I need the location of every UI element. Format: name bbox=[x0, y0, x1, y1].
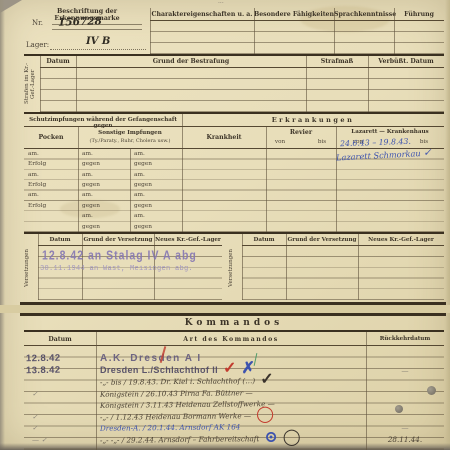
col-lazarett: Lazarett — Krankenhaus bbox=[336, 129, 444, 135]
impf-header-row: Pocken Sonstige Impfungen (Ty./Paraty., … bbox=[24, 127, 182, 149]
impf-row: am.am. bbox=[24, 211, 182, 221]
strafen-table: Datum Grund der Bestrafung Strafmaß Verb… bbox=[40, 56, 444, 112]
kommando-row: -„- bis / 19.8.43. Dr. Kiel i. Schlachth… bbox=[24, 369, 444, 381]
erkrankungen-row-lines bbox=[182, 149, 444, 232]
col-art-des-kommandos: Art des Kommandos bbox=[96, 336, 366, 343]
strafen-side-label: Strafen im Kr.-Gef.-Lager bbox=[24, 58, 38, 110]
transfers-header-row: Datum Grund der Versetzung Neues Kr.-Gef… bbox=[242, 234, 444, 246]
kommando-row: — ✓-„- -„- / 29.2.44. Arnsdorf – Fahrber… bbox=[24, 427, 444, 439]
kommando-row: 12.8.42A.K. Dresden A I bbox=[24, 346, 444, 358]
tag-number-value: 156728 bbox=[58, 15, 102, 29]
nr-label: Nr. bbox=[32, 19, 43, 27]
strafen-col-header: Verbüßt. Datum bbox=[368, 58, 444, 65]
traits-col-header: Führung bbox=[394, 11, 444, 18]
check-mark: ✓ bbox=[423, 148, 432, 159]
empty-ruled-rows bbox=[40, 68, 444, 112]
impf-cell-label: gegen bbox=[82, 161, 100, 167]
traits-col-header: Sprachkenntnisse bbox=[334, 11, 394, 18]
punch-hole bbox=[395, 405, 403, 413]
strafen-header-row: Datum Grund der Bestrafung Strafmaß Verb… bbox=[40, 56, 444, 68]
impf-row: Erfolggegengegen bbox=[24, 159, 182, 169]
empty-ruled-rows bbox=[150, 21, 444, 54]
col-neues-lager: Neues Kr.-Gef.-Lager bbox=[358, 237, 444, 243]
impf-cell-label: gegen bbox=[82, 203, 100, 209]
impf-cell-label: am. bbox=[134, 213, 145, 219]
impf-col-sonstige-sub: (Ty./Paraty., Ruhr, Cholera usw.) bbox=[78, 138, 182, 144]
kommando-row: 13.8.42Dresden L./Schlachthof II✓✗— bbox=[24, 358, 444, 370]
impf-row: gegengegen bbox=[24, 222, 182, 232]
versetzungen-side-label-left: Versetzungen bbox=[24, 240, 36, 296]
impf-cell-label: Erfolg bbox=[28, 203, 46, 209]
lager-value: IV B bbox=[86, 36, 110, 47]
impf-row: Erfolggegengegen bbox=[24, 180, 182, 190]
col-grund: Grund der Versetzung bbox=[82, 237, 154, 243]
impf-cell-label: gegen bbox=[82, 224, 100, 230]
identity-tag-box: Beschriftung der Erkennungsmarke Nr. 156… bbox=[24, 8, 150, 54]
staple-mark: ··· bbox=[218, 2, 232, 5]
impf-rows: am.am.am.Erfolggegengegenam.am.am.Erfolg… bbox=[24, 149, 182, 232]
transfers-section: Versetzungen Datum Grund der Versetzung … bbox=[24, 234, 444, 300]
bis-label: bis bbox=[414, 139, 434, 145]
col-revier: Revier bbox=[266, 129, 336, 136]
impf-cell-label: am. bbox=[82, 213, 93, 219]
impf-cell-label: gegen bbox=[134, 203, 152, 209]
impf-cell-label: am. bbox=[28, 151, 39, 157]
kommando-row: ✓Königstein / 26.10.43 Pirna Fa. Büttner… bbox=[24, 381, 444, 393]
impf-cell-label: am. bbox=[134, 172, 145, 178]
left-scan-edge bbox=[0, 0, 5, 450]
impf-cell-label: gegen bbox=[134, 161, 152, 167]
right-scan-edge bbox=[445, 0, 450, 450]
impf-cell-label: am. bbox=[28, 172, 39, 178]
col-grund: Grund der Versetzung bbox=[286, 237, 358, 243]
von-label: von bbox=[270, 139, 290, 145]
impf-cell-label: gegen bbox=[134, 182, 152, 188]
bis-label: bis bbox=[312, 139, 332, 145]
impf-cell-label: am. bbox=[28, 192, 39, 198]
fold-gap bbox=[0, 305, 450, 313]
kommandos-section: Kommandos Datum Art des Kommandos Rückke… bbox=[24, 316, 444, 450]
impf-cell-label: gegen bbox=[134, 224, 152, 230]
strafen-col-header: Datum bbox=[40, 58, 76, 65]
transfer-stamp-stalag: 12.8.42 an Stalag IV A abg bbox=[42, 248, 197, 263]
traits-header-row: Charaktereigenschaften u. a. Besondere F… bbox=[150, 8, 444, 21]
transfers-header-row: Datum Grund der Versetzung Neues Kr.-Gef… bbox=[38, 234, 222, 246]
traits-col-header: Charaktereigenschaften u. a. bbox=[150, 11, 254, 18]
strafen-col-header: Grund der Bestrafung bbox=[76, 58, 306, 65]
impf-cell-label: am. bbox=[82, 172, 93, 178]
impf-title-row: Schutzimpfungen während der Gefangenscha… bbox=[24, 114, 182, 127]
transfer-stamp-wast: 30.11.1944 an Wast, Meisingen abg. bbox=[40, 265, 193, 273]
erkrankungen-title-row: Erkrankungen bbox=[182, 114, 444, 127]
impf-cell-label: Erfolg bbox=[28, 182, 46, 188]
col-neues-lager: Neues Kr.-Gef.-Lager bbox=[154, 237, 222, 243]
col-krankheit: Krankheit bbox=[182, 134, 266, 141]
traits-table: Charaktereigenschaften u. a. Besondere F… bbox=[150, 8, 444, 54]
col-rueckkehrdatum: Rückkehrdatum bbox=[366, 336, 444, 342]
versetzungen-side-label-right: Versetzungen bbox=[228, 240, 240, 296]
empty-ruled-rows bbox=[242, 246, 444, 300]
ruled-line bbox=[52, 29, 142, 30]
impf-row: am.am.am. bbox=[24, 190, 182, 200]
kommandos-title: Kommandos bbox=[24, 316, 444, 328]
lager-label: Lager: bbox=[26, 41, 49, 49]
col-datum: Datum bbox=[242, 237, 286, 243]
punch-hole bbox=[427, 386, 436, 395]
impf-cell-label: am. bbox=[134, 192, 145, 198]
kommandos-rows: 12.8.42A.K. Dresden A I13.8.42Dresden L.… bbox=[24, 346, 444, 450]
impf-cell-label: am. bbox=[82, 192, 93, 198]
impf-col-pocken: Pocken bbox=[24, 134, 78, 141]
impf-row: Erfolggegengegen bbox=[24, 201, 182, 211]
impf-row: am.am.am. bbox=[24, 170, 182, 180]
impf-cell-label: am. bbox=[82, 151, 93, 157]
kommando-row: ✓-„- / 1.12.43 Heidenau Bormann Werke —◯ bbox=[24, 404, 444, 416]
scanned-pow-record-card: ··· Beschriftung der Erkennungsmarke Nr.… bbox=[0, 0, 450, 450]
transfers-table-left: Datum Grund der Versetzung Neues Kr.-Gef… bbox=[38, 234, 222, 300]
transfers-table-right: Datum Grund der Versetzung Neues Kr.-Gef… bbox=[242, 234, 444, 300]
kommando-row: ✓Dresden-A. / 20.1.44. Arnsdorf AK 164— bbox=[24, 415, 444, 427]
erkrankungen-title: Erkrankungen bbox=[182, 114, 444, 124]
dotted-line bbox=[50, 49, 146, 50]
kommando-row bbox=[24, 438, 444, 450]
impf-cell-label: gegen bbox=[82, 182, 100, 188]
kommando-row: Königstein / 3.11.43 Heidenau Zellstoffw… bbox=[24, 392, 444, 404]
col-datum: Datum bbox=[38, 237, 82, 243]
impf-row: am.am.am. bbox=[24, 149, 182, 159]
traits-col-header: Besondere Fähigkeiten bbox=[254, 11, 334, 18]
medical-section: Schutzimpfungen während der Gefangenscha… bbox=[24, 114, 444, 232]
col-datum: Datum bbox=[24, 336, 96, 343]
impf-cell-label: Erfolg bbox=[28, 161, 46, 167]
kommandos-header-row: Datum Art des Kommandos Rückkehrdatum bbox=[24, 332, 444, 346]
impf-col-sonstige: Sonstige Impfungen bbox=[78, 130, 182, 136]
impf-cell-label: am. bbox=[134, 151, 145, 157]
strafen-col-header: Strafmaß bbox=[306, 58, 368, 65]
